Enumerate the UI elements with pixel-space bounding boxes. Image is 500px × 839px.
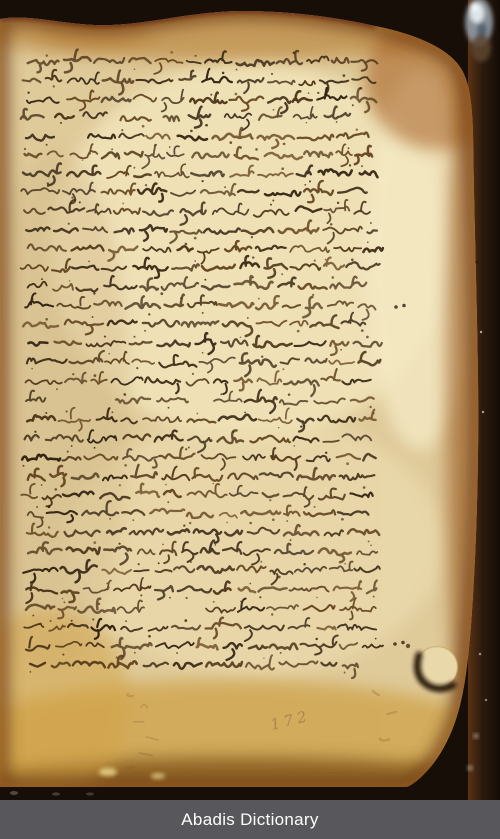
- caption-label: Abadis Dictionary: [181, 810, 318, 830]
- manuscript-photo-viewer: 172 Abadis Dictionary: [0, 0, 500, 839]
- caption-bar: Abadis Dictionary: [0, 800, 500, 839]
- manuscript-photo: 172: [0, 0, 500, 800]
